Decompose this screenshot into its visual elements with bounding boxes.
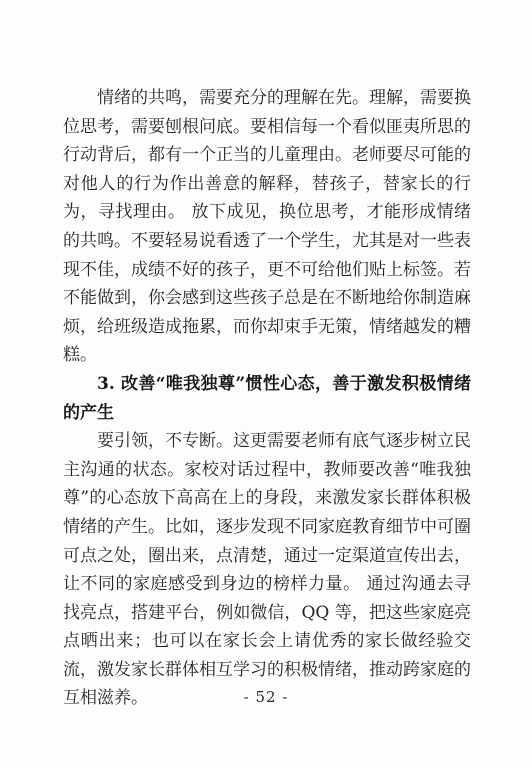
document-page: 情绪的共鸣，需要充分的理解在先。理解，需要换位思考，需要刨根问底。要相信每一个看… [0, 0, 532, 768]
page-content: 情绪的共鸣，需要充分的理解在先。理解，需要换位思考，需要刨根问底。要相信每一个看… [63, 84, 471, 713]
paragraph-guidance-not-arbitrary: 要引领，不专断。这更需要老师有底气逐步树立民主沟通的状态。家校对话过程中，教师要… [63, 427, 471, 713]
section-heading-3: 3. 改善“唯我独尊”惯性心态，善于激发积极情绪的产生 [63, 370, 471, 427]
page-number: - 52 - [0, 686, 532, 708]
paragraph-emotional-resonance: 情绪的共鸣，需要充分的理解在先。理解，需要换位思考，需要刨根问底。要相信每一个看… [63, 84, 471, 370]
